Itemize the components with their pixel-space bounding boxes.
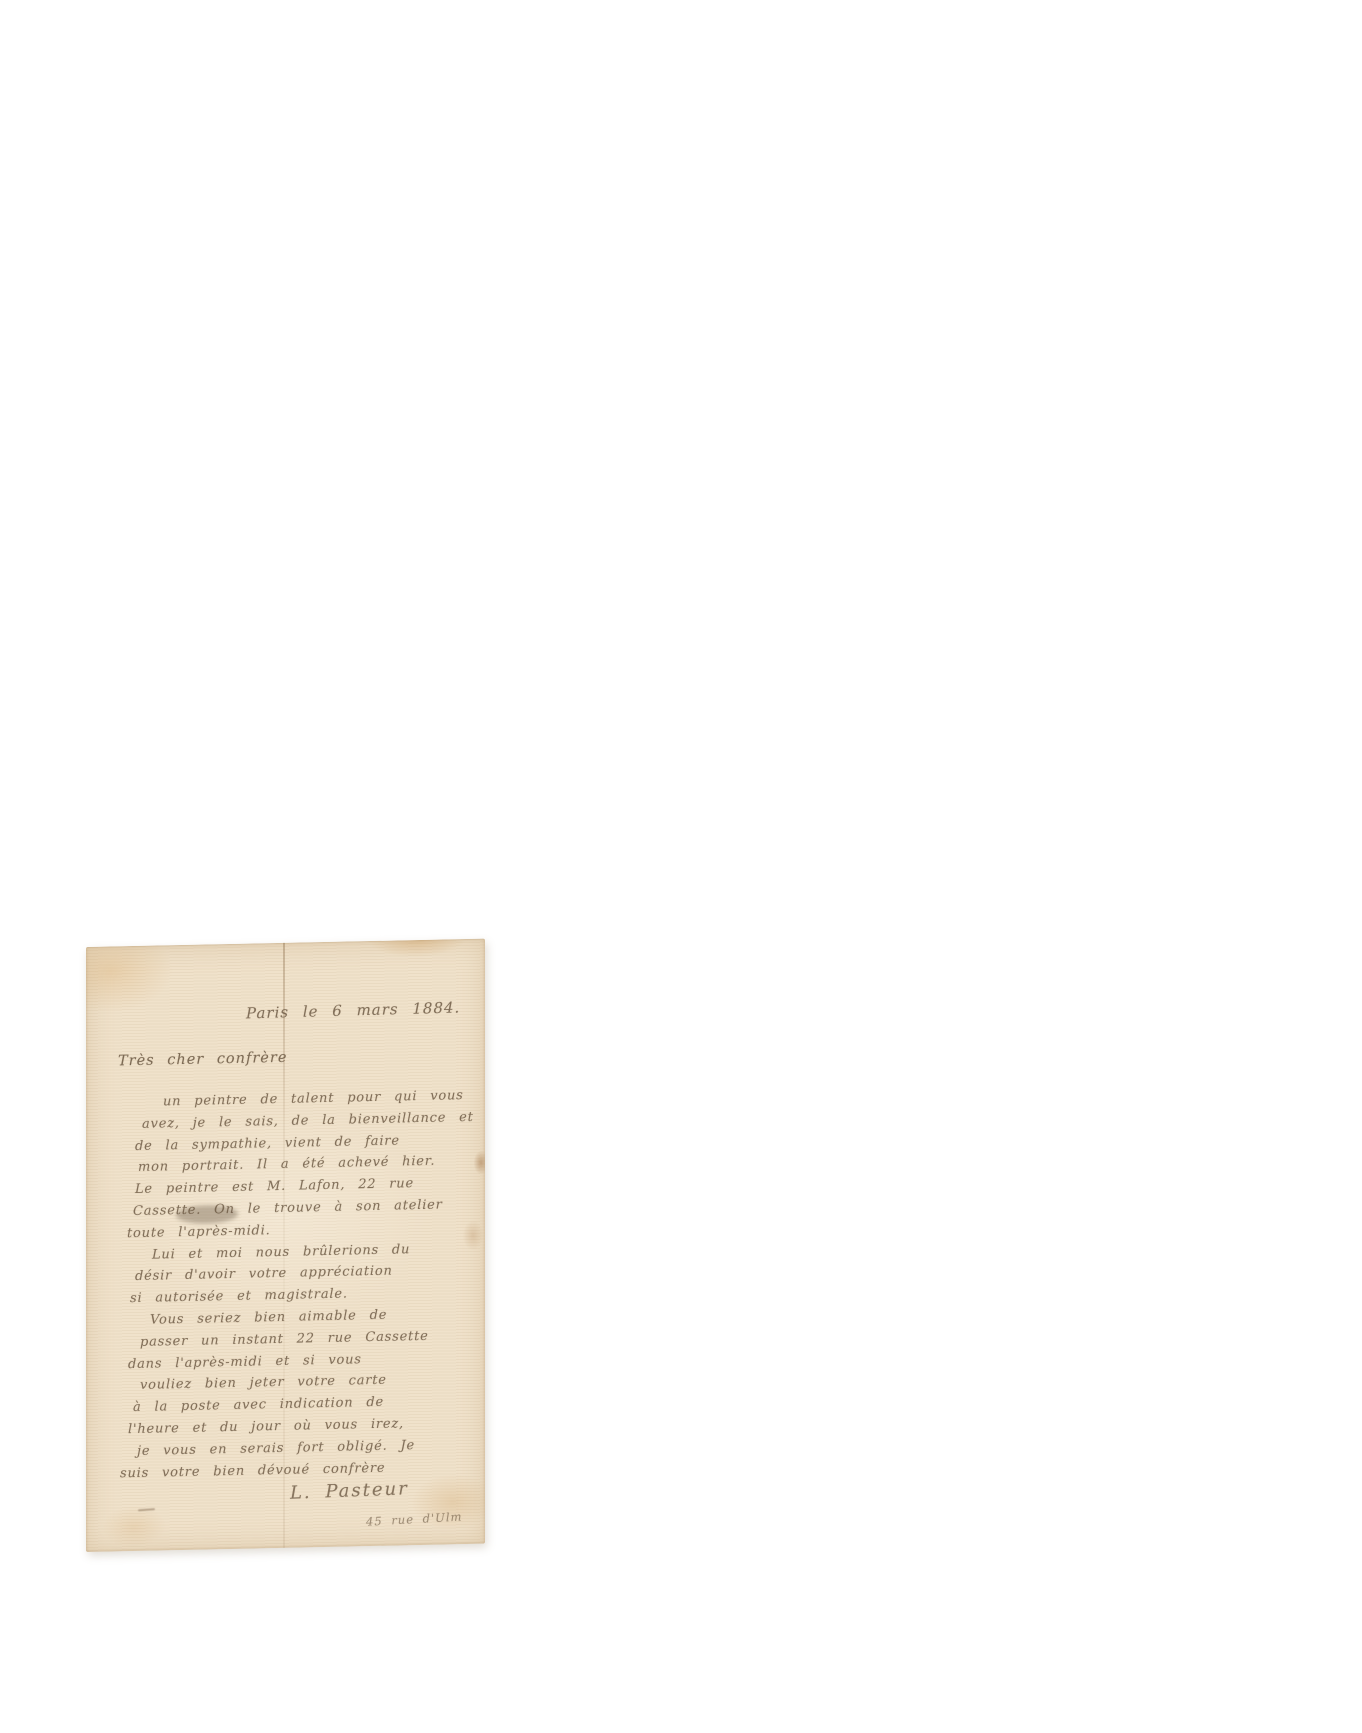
letter-body: un peintre de talent pour qui vous avez,… [86,1085,481,1486]
stray-ink-mark [138,1508,155,1511]
letter-signature: L. Pasteur [290,1478,409,1504]
letter-dateline: Paris le 6 mars 1884. [246,998,460,1022]
letter-signature-address: 45 rue d'Ulm [366,1509,463,1528]
photo-background: Paris le 6 mars 1884. Très cher confrère… [0,0,1362,1733]
letter-salutation: Très cher confrère [118,1050,287,1070]
letter-paper: Paris le 6 mars 1884. Très cher confrère… [86,939,485,1552]
